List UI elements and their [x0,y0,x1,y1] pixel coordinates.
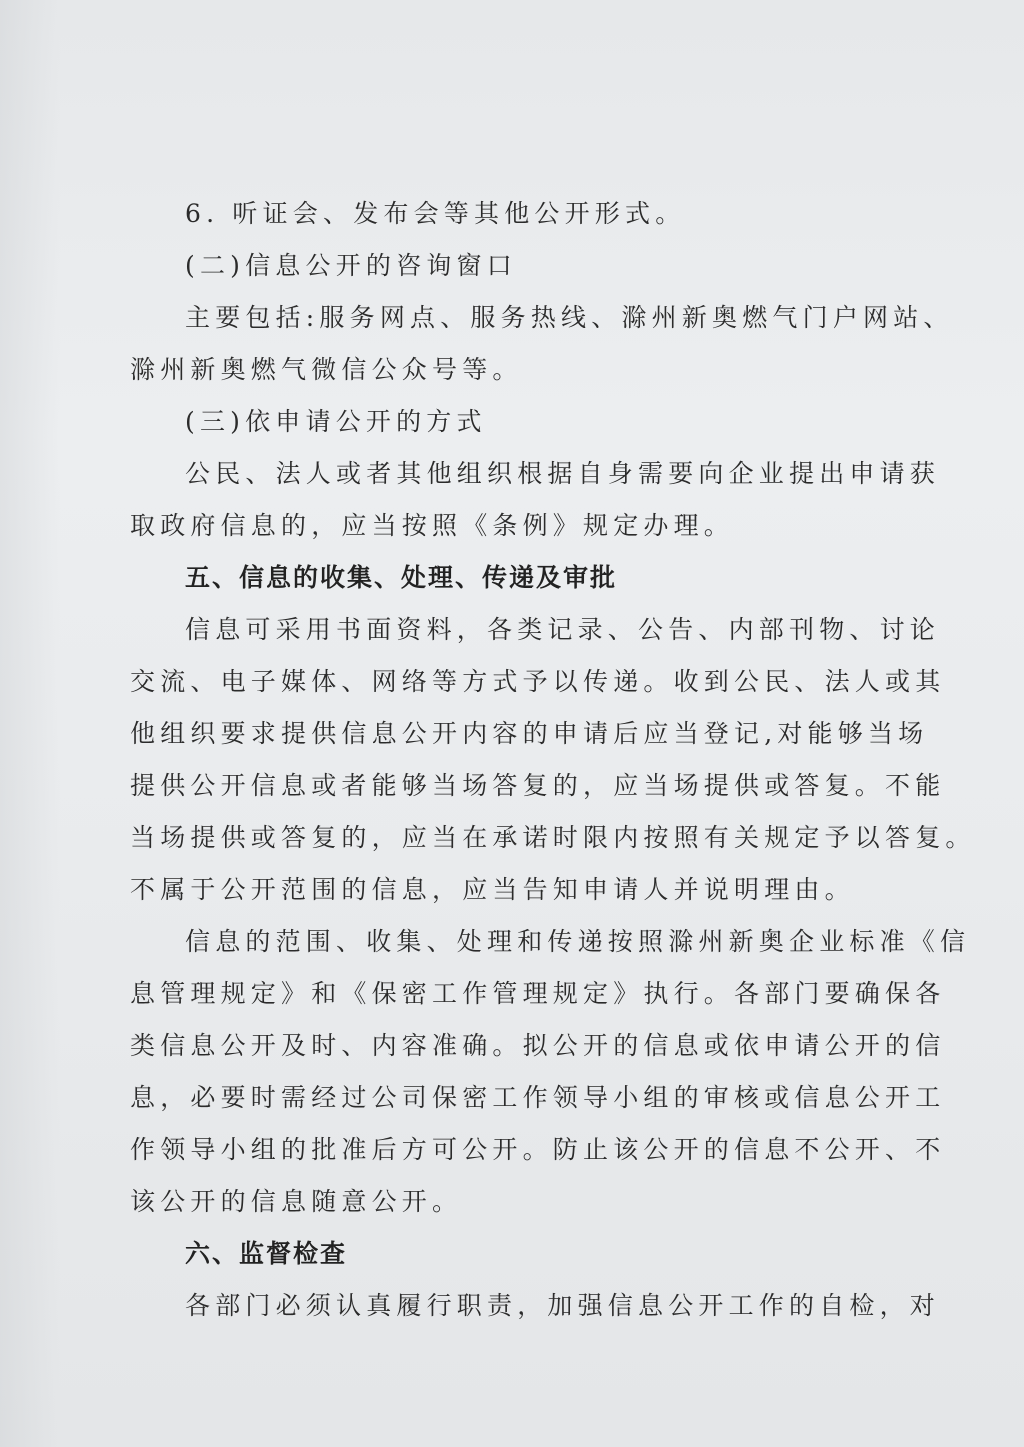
paragraph-line: 滁州新奥燃气微信公众号等。 [130,344,882,396]
paragraph-line: 他组织要求提供信息公开内容的申请后应当登记,对能够当场 [130,708,882,760]
paragraph-line: 该公开的信息随意公开。 [130,1176,882,1228]
paragraph-line: 作领导小组的批准后方可公开。防止该公开的信息不公开、不 [130,1124,882,1176]
paragraph-line: 信息可采用书面资料，各类记录、公告、内部刊物、讨论 [130,604,882,656]
paragraph-line: 不属于公开范围的信息，应当告知申请人并说明理由。 [130,864,882,916]
paragraph-line: 信息的范围、收集、处理和传递按照滁州新奥企业标准《信 [130,916,882,968]
list-item-6: 6. 听证会、发布会等其他公开形式。 [130,188,882,240]
subheading-application-method: (三)依申请公开的方式 [130,396,882,448]
paragraph-line: 各部门必须认真履行职责，加强信息公开工作的自检，对 [130,1280,882,1332]
section-heading-5: 五、信息的收集、处理、传递及审批 [130,552,882,604]
section-heading-6: 六、监督检查 [130,1228,882,1280]
paragraph-line: 类信息公开及时、内容准确。拟公开的信息或依申请公开的信 [130,1020,882,1072]
paragraph-line: 息，必要时需经过公司保密工作领导小组的审核或信息公开工 [130,1072,882,1124]
paragraph-line: 主要包括:服务网点、服务热线、滁州新奥燃气门户网站、 [130,292,882,344]
paragraph-line: 息管理规定》和《保密工作管理规定》执行。各部门要确保各 [130,968,882,1020]
paragraph-line: 提供公开信息或者能够当场答复的，应当场提供或答复。不能 [130,760,882,812]
scanned-page: 6. 听证会、发布会等其他公开形式。 (二)信息公开的咨询窗口 主要包括:服务网… [0,0,1024,1447]
scan-shadow [0,0,60,1447]
document-body: 6. 听证会、发布会等其他公开形式。 (二)信息公开的咨询窗口 主要包括:服务网… [130,188,882,1332]
paragraph-line: 交流、电子媒体、网络等方式予以传递。收到公民、法人或其 [130,656,882,708]
subheading-consultation-window: (二)信息公开的咨询窗口 [130,240,882,292]
paragraph-line: 取政府信息的，应当按照《条例》规定办理。 [130,500,882,552]
paragraph-line: 公民、法人或者其他组织根据自身需要向企业提出申请获 [130,448,882,500]
paragraph-line: 当场提供或答复的，应当在承诺时限内按照有关规定予以答复。 [130,812,882,864]
